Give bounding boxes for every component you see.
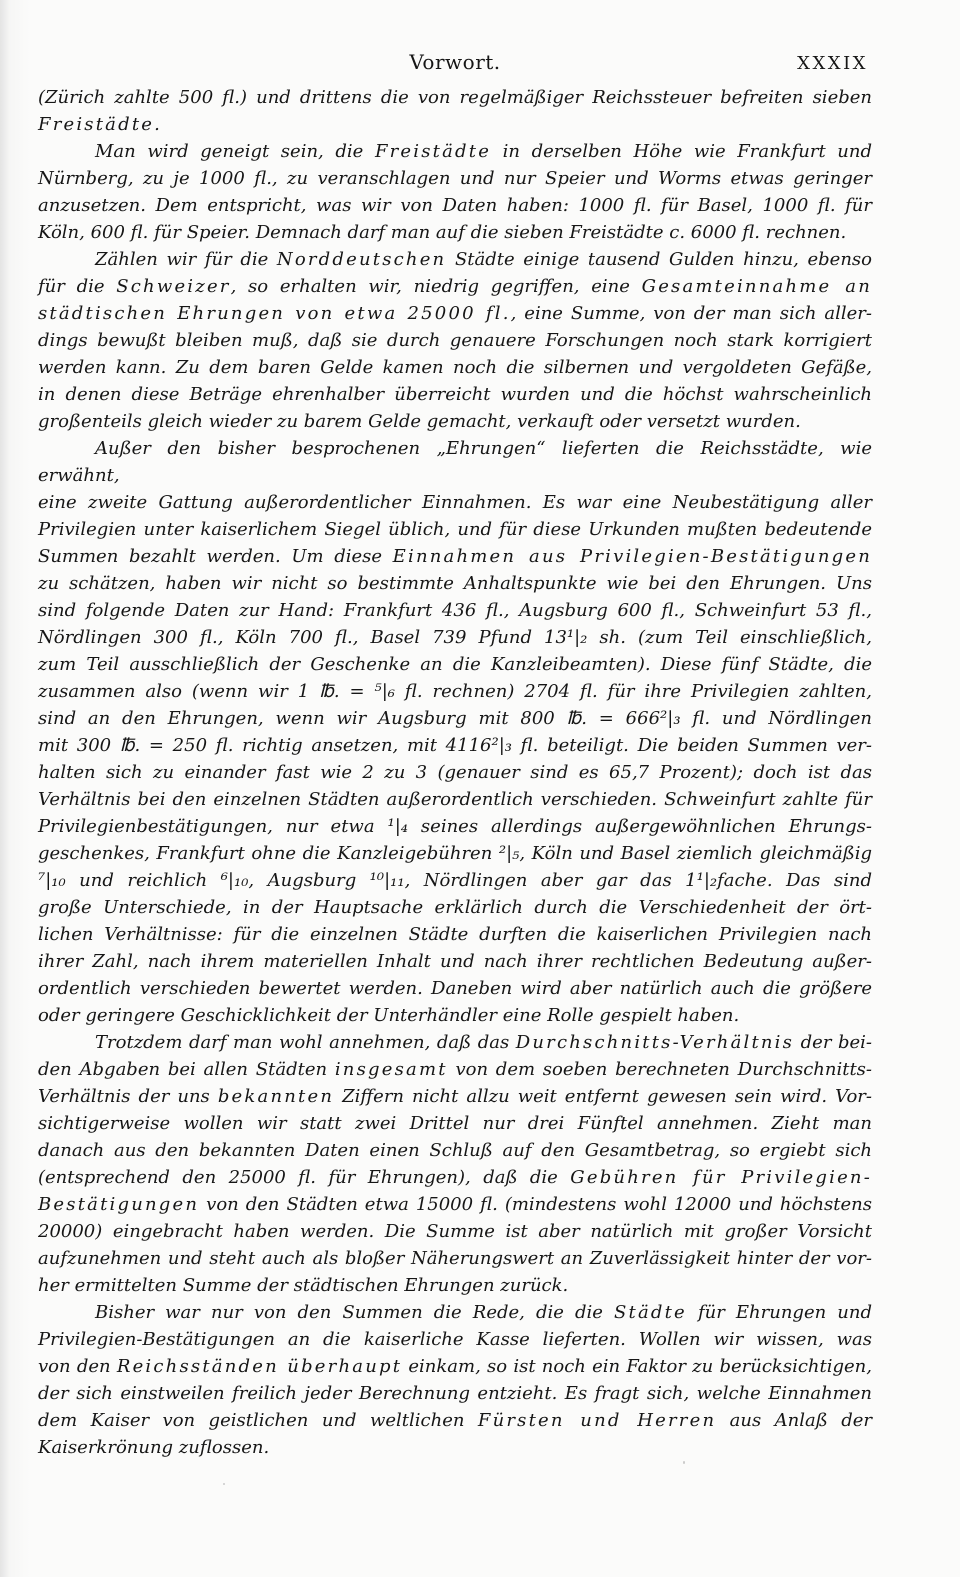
text-line: halten sich zu einander fast wie 2 zu 3 … bbox=[38, 759, 872, 786]
text-line: Außer den bisher besprochenen „Ehrungen“… bbox=[38, 435, 872, 489]
text-line: der sich einstweilen freilich jeder Bere… bbox=[38, 1380, 872, 1407]
text-line: dings bewußt bleiben muß, daß sie durch … bbox=[38, 327, 872, 354]
text-line: ⁷|₁₀ und reichlich ⁶|₁₀, Augsburg ¹⁰|₁₁,… bbox=[38, 867, 872, 894]
emphasized-text: Freistädte. bbox=[38, 114, 162, 135]
text-line: lichen Verhältnisse: für die einzelnen S… bbox=[38, 921, 872, 948]
paragraph: Man wird geneigt sein, die Freistädte in… bbox=[38, 138, 872, 246]
text-line: 20000) eingebracht haben werden. Die Sum… bbox=[38, 1218, 872, 1245]
emphasized-text: Bestätigungen bbox=[38, 1194, 199, 1215]
text-line: ihrer Zahl, nach ihrem materiellen Inhal… bbox=[38, 948, 872, 975]
text-line: Zählen wir für die Norddeutschen Städte … bbox=[38, 246, 872, 273]
scan-speck bbox=[223, 1483, 225, 1485]
text-line: städtischen Ehrungen von etwa 25000 fl.,… bbox=[38, 300, 872, 327]
text-line: Köln, 600 fl. für Speier. Demnach darf m… bbox=[38, 219, 872, 246]
scan-speck bbox=[683, 1461, 685, 1464]
text-line: eine zweite Gattung außerordentlicher Ei… bbox=[38, 489, 872, 516]
text-line: Bisher war nur von den Summen die Rede, … bbox=[38, 1299, 872, 1326]
text-line: Privilegien unter kaiserlichem Siegel üb… bbox=[38, 516, 872, 543]
paragraph: Bisher war nur von den Summen die Rede, … bbox=[38, 1299, 872, 1461]
emphasized-text: Schweizer bbox=[116, 276, 230, 297]
text-line: großenteils gleich wieder zu barem Gelde… bbox=[38, 408, 872, 435]
text-line: geschenkes, Frankfurt ohne die Kanzleige… bbox=[38, 840, 872, 867]
page-header: Vorwort. XXXIX bbox=[38, 50, 872, 80]
text-line: Kaiserkrönung zuflossen. bbox=[38, 1434, 872, 1461]
text-line: den Abgaben bei allen Städten insgesamt … bbox=[38, 1056, 872, 1083]
text-line: her ermittelten Summe der städtischen Eh… bbox=[38, 1272, 872, 1299]
paragraph: (Zürich zahlte 500 fl.) und drittens die… bbox=[38, 84, 872, 138]
text-line: Nördlingen 300 fl., Köln 700 fl., Basel … bbox=[38, 624, 872, 651]
emphasized-text: Norddeutschen bbox=[277, 249, 446, 270]
emphasized-text: Durchschnitts-Verhältnis bbox=[516, 1032, 794, 1053]
text-line: Nürnberg, zu je 1000 fl., zu veranschlag… bbox=[38, 165, 872, 192]
paragraph: Zählen wir für die Norddeutschen Städte … bbox=[38, 246, 872, 435]
text-line: Trotzdem darf man wohl annehmen, daß das… bbox=[38, 1029, 872, 1056]
text-line: danach aus den bekannten Daten einen Sch… bbox=[38, 1137, 872, 1164]
text-line: zum Teil ausschließlich der Geschenke an… bbox=[38, 651, 872, 678]
text-line: mit 300 ℔. = 250 fl. richtig ansetzen, m… bbox=[38, 732, 872, 759]
text-line: aufzunehmen und steht auch als bloßer Nä… bbox=[38, 1245, 872, 1272]
text-line: für die Schweizer, so erhalten wir, nied… bbox=[38, 273, 872, 300]
text-line: (Zürich zahlte 500 fl.) und drittens die… bbox=[38, 84, 872, 111]
text-line: ordentlich verschieden bewertet werden. … bbox=[38, 975, 872, 1002]
text-line: Verhältnis bei den einzelnen Städten auß… bbox=[38, 786, 872, 813]
page-title: Vorwort. bbox=[38, 50, 872, 74]
text-line: anzusetzen. Dem entspricht, was wir von … bbox=[38, 192, 872, 219]
paragraph: Trotzdem darf man wohl annehmen, daß das… bbox=[38, 1029, 872, 1299]
emphasized-text: Gebühren für Privilegien- bbox=[570, 1167, 872, 1188]
emphasized-text: Fürsten und Herren bbox=[478, 1410, 716, 1431]
text-line: Bestätigungen von den Städten etwa 15000… bbox=[38, 1191, 872, 1218]
text-line: Privilegienbestätigungen, nur etwa ¹|₄ s… bbox=[38, 813, 872, 840]
text-line: sind an den Ehrungen, wenn wir Augsburg … bbox=[38, 705, 872, 732]
text-line: Freistädte. bbox=[38, 111, 872, 138]
emphasized-text: Städte bbox=[614, 1302, 687, 1323]
text-line: Summen bezahlt werden. Um diese Einnahme… bbox=[38, 543, 872, 570]
text-line: sind folgende Daten zur Hand: Frankfurt … bbox=[38, 597, 872, 624]
emphasized-text: bekannten bbox=[218, 1086, 334, 1107]
emphasized-text: städtischen Ehrungen von etwa 25000 fl. bbox=[38, 303, 511, 324]
emphasized-text: Gesamteinnahme an bbox=[642, 276, 872, 297]
text-line: zu schätzen, haben wir nicht so bestimmt… bbox=[38, 570, 872, 597]
text-line: Privilegien-Bestätigungen an die kaiserl… bbox=[38, 1326, 872, 1353]
text-line: oder geringere Geschicklichkeit der Unte… bbox=[38, 1002, 872, 1029]
text-line: sichtigerweise wollen wir statt zwei Dri… bbox=[38, 1110, 872, 1137]
text-line: große Unterschiede, in der Hauptsache er… bbox=[38, 894, 872, 921]
emphasized-text: insgesamt bbox=[335, 1059, 448, 1080]
text-line: (entsprechend den 25000 fl. für Ehrungen… bbox=[38, 1164, 872, 1191]
page-number: XXXIX bbox=[797, 53, 868, 74]
emphasized-text: Reichsständen überhaupt bbox=[117, 1356, 402, 1377]
scanned-book-page: { "page": { "header": { "title": "Vorwor… bbox=[0, 0, 960, 1577]
emphasized-text: Freistädte bbox=[375, 141, 491, 162]
text-line: werden kann. Zu dem baren Gelde kamen no… bbox=[38, 354, 872, 381]
text-line: in denen diese Beträge ehrenhalber überr… bbox=[38, 381, 872, 408]
text-line: Man wird geneigt sein, die Freistädte in… bbox=[38, 138, 872, 165]
text-line: zusammen also (wenn wir 1 ℔. = ⁵|₆ fl. r… bbox=[38, 678, 872, 705]
paragraph: Außer den bisher besprochenen „Ehrungen“… bbox=[38, 435, 872, 1029]
text-line: Verhältnis der uns bekannten Ziffern nic… bbox=[38, 1083, 872, 1110]
text-line: dem Kaiser von geistlichen und weltliche… bbox=[38, 1407, 872, 1434]
text-line: von den Reichsständen überhaupt einkam, … bbox=[38, 1353, 872, 1380]
text-block: (Zürich zahlte 500 fl.) und drittens die… bbox=[38, 84, 872, 1461]
emphasized-text: Einnahmen aus Privilegien-Bestätigungen bbox=[393, 546, 872, 567]
